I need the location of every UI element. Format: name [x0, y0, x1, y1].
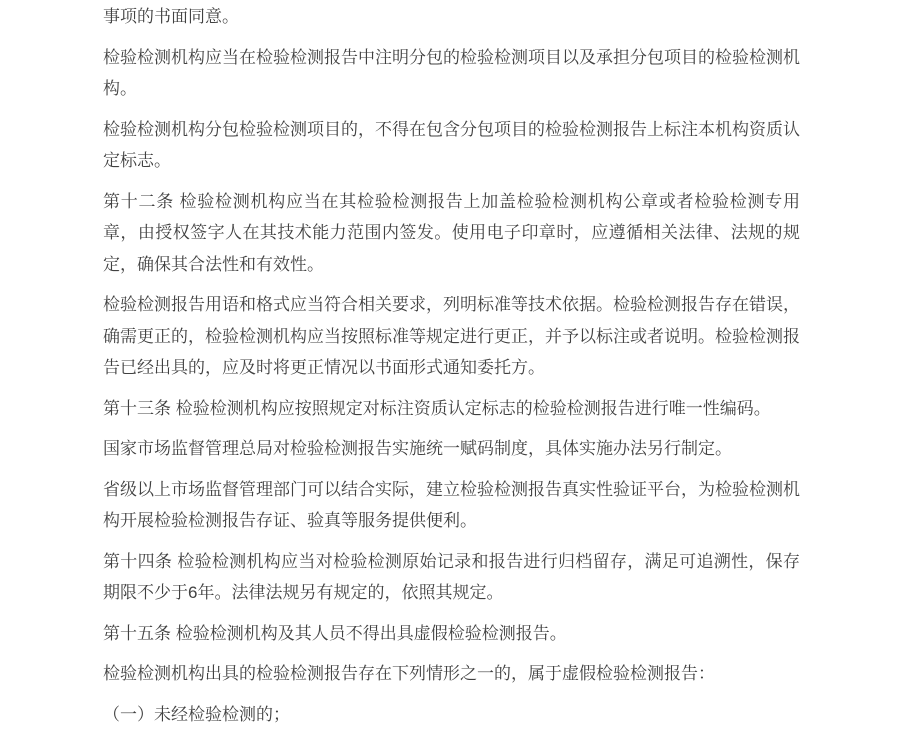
paragraph: 检验检测机构出具的检验检测报告存在下列情形之一的，属于虚假检验检测报告：	[103, 658, 800, 690]
paragraph: 检验检测机构分包检验检测项目的，不得在包含分包项目的检验检测报告上标注本机构资质…	[103, 114, 800, 177]
paragraph: 第十四条 检验检测机构应当对检验检测原始记录和报告进行归档留存，满足可追溯性，保…	[103, 546, 800, 609]
paragraph: 检验检测机构应当在检验检测报告中注明分包的检验检测项目以及承担分包项目的检验检测…	[103, 42, 800, 105]
paragraph: 第十三条 检验检测机构应按照规定对标注资质认定标志的检验检测报告进行唯一性编码。	[103, 393, 800, 425]
paragraph: 事项的书面同意。	[103, 1, 800, 33]
paragraph: 检验检测报告用语和格式应当符合相关要求，列明标准等技术依据。检验检测报告存在错误…	[103, 289, 800, 384]
paragraph: 国家市场监督管理总局对检验检测报告实施统一赋码制度，具体实施办法另行制定。	[103, 433, 800, 465]
paragraph: 第十二条 检验检测机构应当在其检验检测报告上加盖检验检测机构公章或者检验检测专用…	[103, 186, 800, 281]
paragraph: 省级以上市场监督管理部门可以结合实际，建立检验检测报告真实性验证平台，为检验检测…	[103, 474, 800, 537]
document-body: 事项的书面同意。检验检测机构应当在检验检测报告中注明分包的检验检测项目以及承担分…	[103, 1, 800, 728]
paragraph: （一）未经检验检测的；	[103, 699, 800, 729]
paragraph: 第十五条 检验检测机构及其人员不得出具虚假检验检测报告。	[103, 618, 800, 650]
